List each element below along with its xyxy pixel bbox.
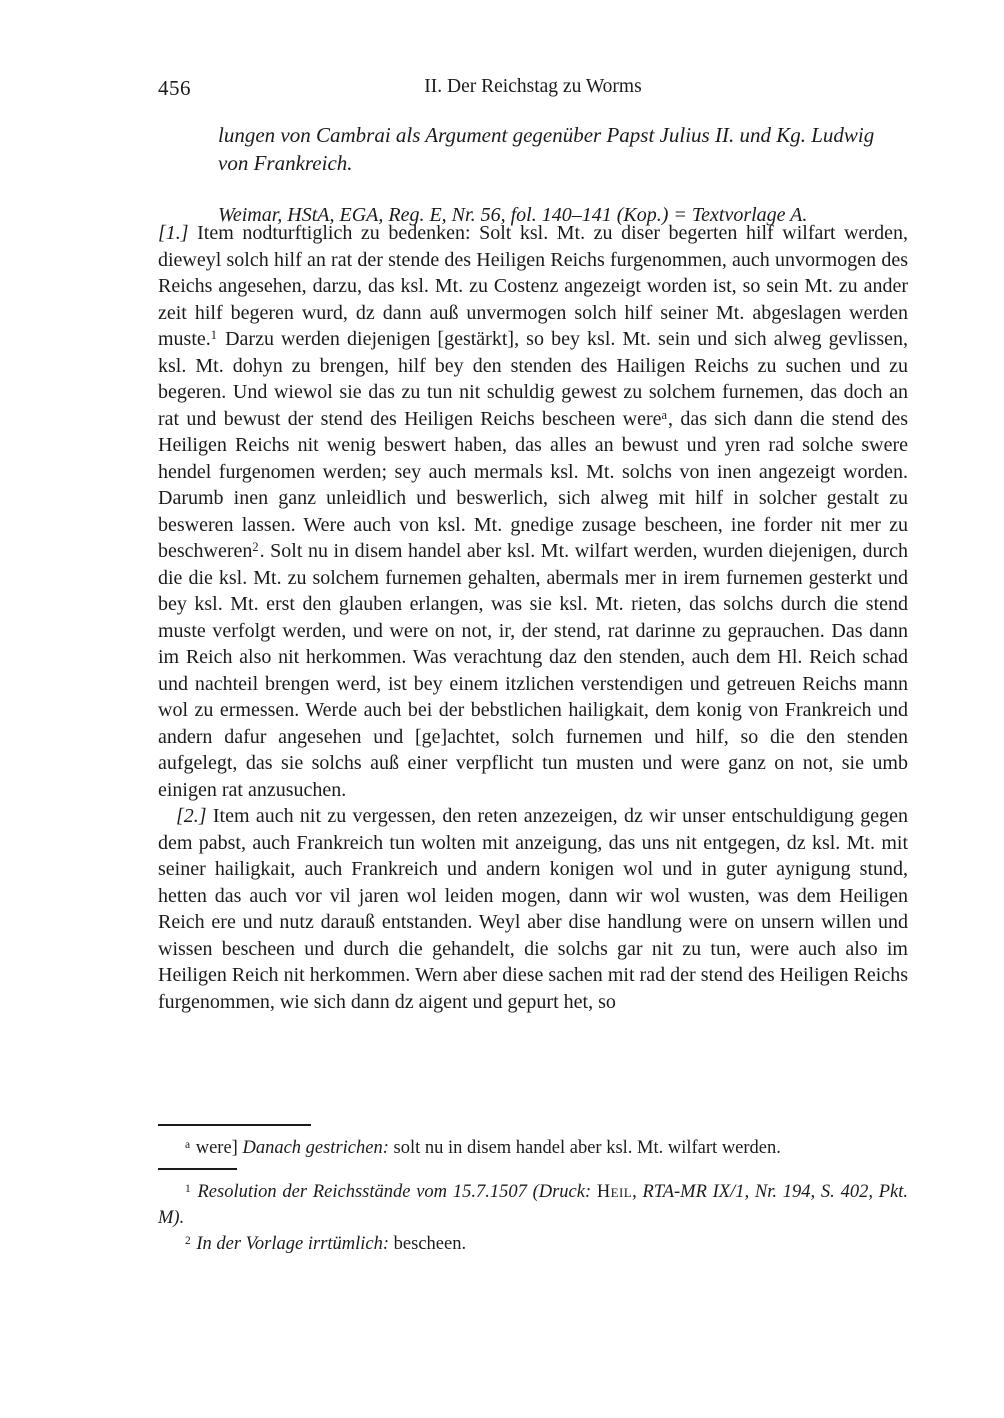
footnote-separator-rule	[158, 1168, 237, 1170]
text-segment: . Solt nu in disem handel aber ksl. Mt. …	[158, 540, 908, 801]
text-segment: [2.]	[176, 805, 213, 827]
footnote-1: 1 Resolution der Reichsstände vom 15.7.1…	[158, 1179, 908, 1231]
text-segment: Danach gestrichen:	[242, 1138, 388, 1158]
footnote-2: 2 In der Vorlage irrtümlich: bescheen.	[158, 1231, 908, 1257]
book-page: 456 II. Der Reichstag zu Worms lungen vo…	[0, 0, 1004, 1418]
footnote-block: 1 Resolution der Reichsstände vom 15.7.1…	[158, 1168, 908, 1257]
running-header: 456 II. Der Reichstag zu Worms	[158, 76, 908, 102]
text-segment: Item auch nit zu vergessen, den reten an…	[158, 805, 908, 1013]
body-paragraph-1: [1.] Item nodturftiglich zu bedenken: So…	[158, 220, 908, 803]
text-segment: were]	[191, 1138, 242, 1158]
body-paragraph-2: [2.] Item auch nit zu vergessen, den ret…	[158, 803, 908, 1015]
regest-block: lungen von Cambrai als Argument gegenübe…	[218, 121, 908, 177]
superscript-marker: 1	[211, 328, 218, 342]
running-title: II. Der Reichstag zu Worms	[158, 76, 908, 98]
text-segment: Heil	[597, 1182, 632, 1202]
superscript-marker: a	[662, 408, 669, 422]
text-segment: Resolution der Reichsstände vom 15.7.150…	[192, 1182, 597, 1202]
superscript-marker: 2	[252, 540, 259, 554]
text-segment: In der Vorlage irrtümlich:	[192, 1234, 389, 1254]
superscript-marker: a	[185, 1139, 191, 1151]
superscript-marker: 2	[185, 1235, 192, 1247]
superscript-marker: 1	[185, 1183, 192, 1195]
text-segment: bescheen.	[389, 1234, 466, 1254]
text-segment: solt nu in disem handel aber ksl. Mt. wi…	[389, 1138, 781, 1158]
critical-apparatus: a were] Danach gestrichen: solt nu in di…	[158, 1124, 908, 1161]
text-segment: [1.]	[158, 222, 197, 244]
variant-note-a: a were] Danach gestrichen: solt nu in di…	[158, 1135, 908, 1161]
page-number: 456	[158, 76, 191, 101]
regest-continuation-text: lungen von Cambrai als Argument gegenübe…	[218, 121, 908, 177]
text-segment: , das sich dann die stend des Heiligen R…	[158, 408, 908, 563]
document-body: [1.] Item nodturftiglich zu bedenken: So…	[158, 220, 908, 1015]
apparatus-separator-rule	[158, 1124, 311, 1126]
